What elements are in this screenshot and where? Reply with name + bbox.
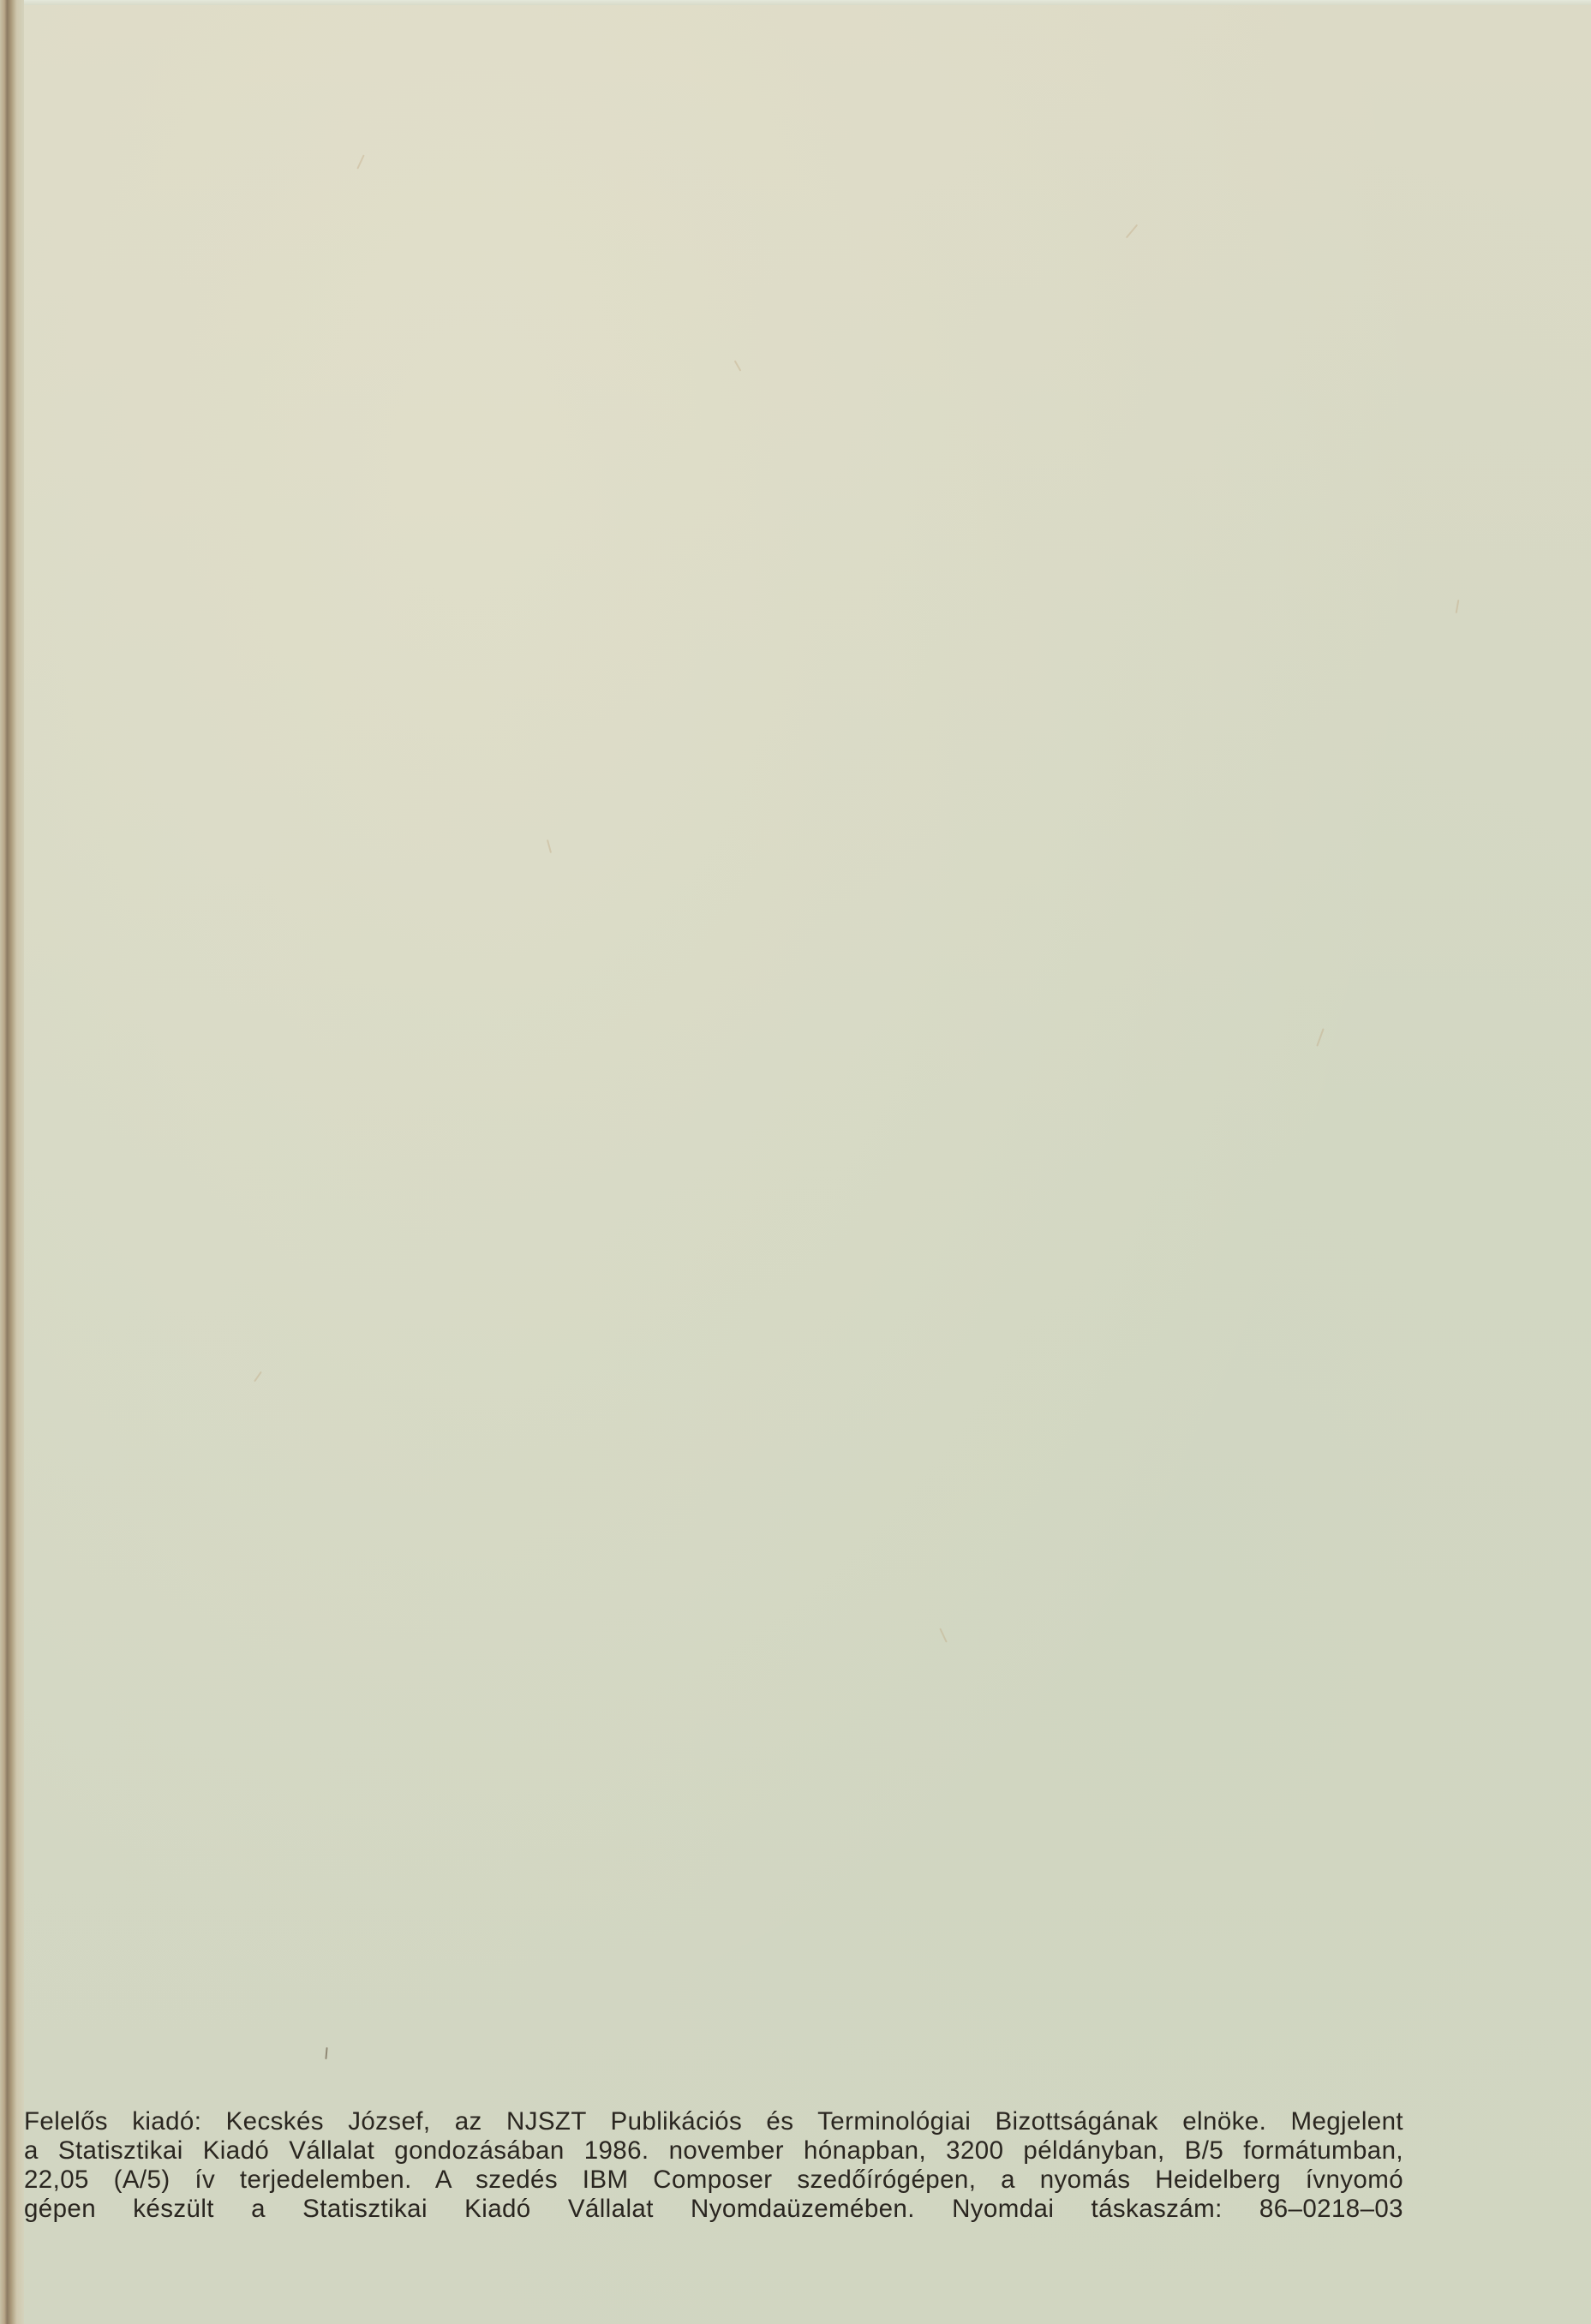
- paper-fiber: [939, 1628, 947, 1642]
- scanned-page: Felelős kiadó: Kecskés József, az NJSZT …: [0, 0, 1591, 2324]
- paper-fiber: [1316, 1028, 1324, 1046]
- paper-fiber: [325, 2047, 327, 2059]
- paper-fiber: [547, 839, 552, 853]
- paper-fiber: [1126, 224, 1138, 239]
- paper-fiber: [1456, 600, 1460, 613]
- binding-spine: [0, 0, 24, 2324]
- paper-fiber: [254, 1371, 262, 1383]
- colophon-imprint: Felelős kiadó: Kecskés József, az NJSZT …: [24, 2107, 1403, 2224]
- colophon-line-publisher: Felelős kiadó: Kecskés József, az NJSZT …: [24, 2107, 1403, 2136]
- paper-fiber: [356, 154, 364, 169]
- colophon-line-printing: gépen készült a Statisztikai Kiadó Válla…: [24, 2195, 1403, 2224]
- paper-fiber: [734, 360, 742, 371]
- colophon-line-edition: a Statisztikai Kiadó Vállalat gondozásáb…: [24, 2136, 1403, 2166]
- colophon-line-typesetting: 22,05 (A/5) ív terjedelemben. A szedés I…: [24, 2166, 1403, 2195]
- page-top-edge: [0, 0, 1591, 5]
